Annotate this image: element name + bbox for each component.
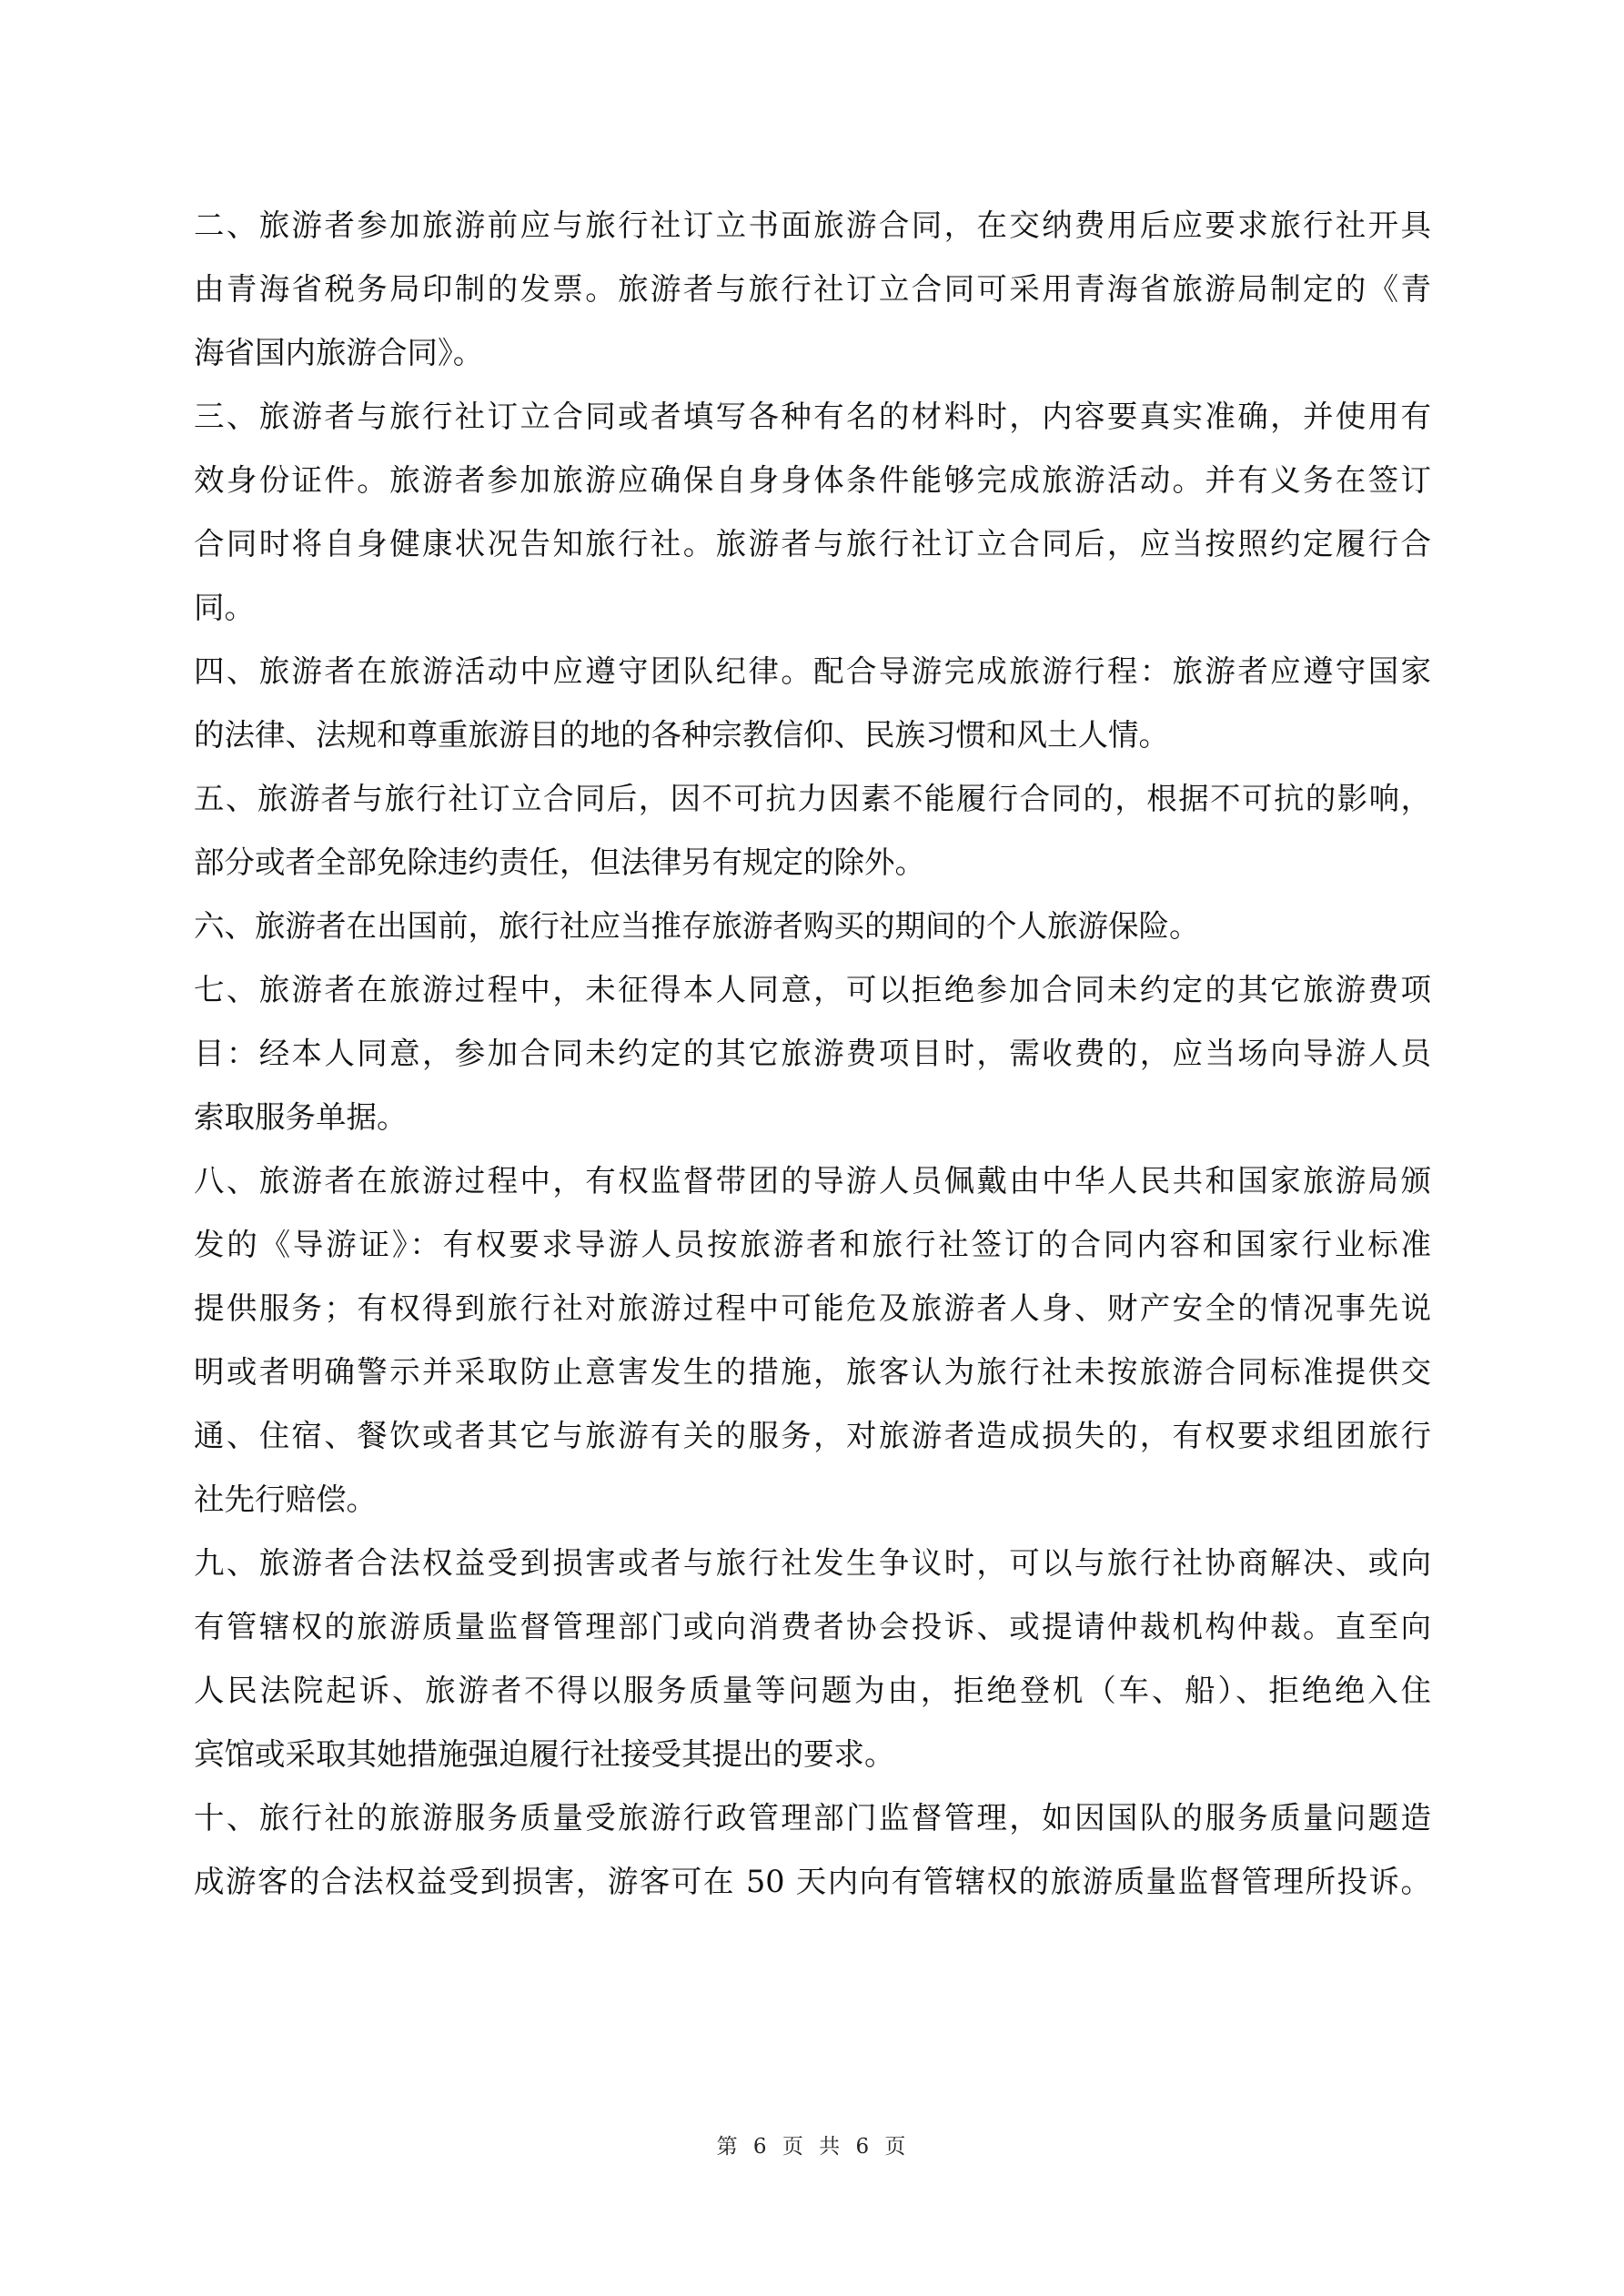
text-line: 成游客的合法权益受到损害，游客可在 50 天内向有管辖权的旅游质量监督管理所投诉… xyxy=(194,1858,1431,1922)
paragraph-item-7: 七、旅游者在旅游过程中，未征得本人同意，可以拒绝参加合同未约定的其它旅游费项 目… xyxy=(194,966,1431,1158)
text-line: 九、旅游者合法权益受到损害或者与旅行社发生争议时，可以与旅行社协商解决、或向 xyxy=(194,1540,1431,1603)
paragraph-item-6: 六、旅游者在出国前，旅行社应当推存旅游者购买的期间的个人旅游保险。 xyxy=(194,903,1431,966)
text-line: 合同时将自身健康状况告知旅行社。旅游者与旅行社订立合同后，应当按照约定履行合 xyxy=(194,521,1431,584)
text-line: 宾馆或采取其她措施强迫履行社接受其提出的要求。 xyxy=(194,1731,1431,1795)
text-line: 十、旅行社的旅游服务质量受旅游行政管理部门监督管理，如因国队的服务质量问题造 xyxy=(194,1795,1431,1858)
text-line: 通、住宿、餐饮或者其它与旅游有关的服务，对旅游者造成损失的，有权要求组团旅行 xyxy=(194,1412,1431,1476)
text-line: 二、旅游者参加旅游前应与旅行社订立书面旅游合同，在交纳费用后应要求旅行社开具 xyxy=(194,202,1431,266)
text-line: 发的《导游证》：有权要求导游人员按旅游者和旅行社签订的合同内容和国家行业标准 xyxy=(194,1221,1431,1285)
paragraph-item-3: 三、旅游者与旅行社订立合同或者填写各种有名的材料时，内容要真实准确，并使用有 效… xyxy=(194,393,1431,648)
document-page: 二、旅游者参加旅游前应与旅行社订立书面旅游合同，在交纳费用后应要求旅行社开具 由… xyxy=(0,0,1624,2296)
text-line: 由青海省税务局印制的发票。旅游者与旅行社订立合同可采用青海省旅游局制定的《青 xyxy=(194,266,1431,329)
text-line: 同。 xyxy=(194,584,1431,648)
paragraph-item-4: 四、旅游者在旅游活动中应遵守团队纪律。配合导游完成旅游行程：旅游者应遵守国家 的… xyxy=(194,648,1431,775)
text-line: 八、旅游者在旅游过程中，有权监督带团的导游人员佩戴由中华人民共和国家旅游局颁 xyxy=(194,1158,1431,1221)
text-line: 人民法院起诉、旅游者不得以服务质量等问题为由，拒绝登机（车、船）、拒绝绝入住 xyxy=(194,1667,1431,1731)
text-line: 五、旅游者与旅行社订立合同后，因不可抗力因素不能履行合同的，根据不可抗的影响， xyxy=(194,775,1431,839)
paragraph-item-2: 二、旅游者参加旅游前应与旅行社订立书面旅游合同，在交纳费用后应要求旅行社开具 由… xyxy=(194,202,1431,393)
text-line: 三、旅游者与旅行社订立合同或者填写各种有名的材料时，内容要真实准确，并使用有 xyxy=(194,393,1431,457)
text-line: 四、旅游者在旅游活动中应遵守团队纪律。配合导游完成旅游行程：旅游者应遵守国家 xyxy=(194,648,1431,712)
text-line: 六、旅游者在出国前，旅行社应当推存旅游者购买的期间的个人旅游保险。 xyxy=(194,903,1431,966)
paragraph-item-10: 十、旅行社的旅游服务质量受旅游行政管理部门监督管理，如因国队的服务质量问题造 成… xyxy=(194,1795,1431,1922)
paragraph-item-9: 九、旅游者合法权益受到损害或者与旅行社发生争议时，可以与旅行社协商解决、或向 有… xyxy=(194,1540,1431,1795)
paragraph-item-8: 八、旅游者在旅游过程中，有权监督带团的导游人员佩戴由中华人民共和国家旅游局颁 发… xyxy=(194,1158,1431,1540)
text-line: 社先行赔偿。 xyxy=(194,1476,1431,1540)
text-line: 提供服务；有权得到旅行社对旅游过程中可能危及旅游者人身、财产安全的情况事先说 xyxy=(194,1285,1431,1349)
text-line: 的法律、法规和尊重旅游目的地的各种宗教信仰、民族习惯和风土人情。 xyxy=(194,712,1431,775)
text-line: 海省国内旅游合同》。 xyxy=(194,329,1431,393)
text-line: 索取服务单据。 xyxy=(194,1094,1431,1158)
paragraph-item-5: 五、旅游者与旅行社订立合同后，因不可抗力因素不能履行合同的，根据不可抗的影响， … xyxy=(194,775,1431,903)
text-line: 效身份证件。旅游者参加旅游应确保自身身体条件能够完成旅游活动。并有义务在签订 xyxy=(194,457,1431,521)
page-number-footer: 第 6 页 共 6 页 xyxy=(0,2129,1624,2159)
text-line: 七、旅游者在旅游过程中，未征得本人同意，可以拒绝参加合同未约定的其它旅游费项 xyxy=(194,966,1431,1030)
text-line: 明或者明确警示并采取防止意害发生的措施，旅客认为旅行社未按旅游合同标准提供交 xyxy=(194,1349,1431,1412)
text-line: 目：经本人同意，参加合同未约定的其它旅游费项目时，需收费的，应当场向导游人员 xyxy=(194,1030,1431,1094)
text-line: 有管辖权的旅游质量监督管理部门或向消费者协会投诉、或提请仲裁机构仲裁。直至向 xyxy=(194,1603,1431,1667)
text-line: 部分或者全部免除违约责任，但法律另有规定的除外。 xyxy=(194,839,1431,903)
document-body: 二、旅游者参加旅游前应与旅行社订立书面旅游合同，在交纳费用后应要求旅行社开具 由… xyxy=(194,202,1431,1922)
